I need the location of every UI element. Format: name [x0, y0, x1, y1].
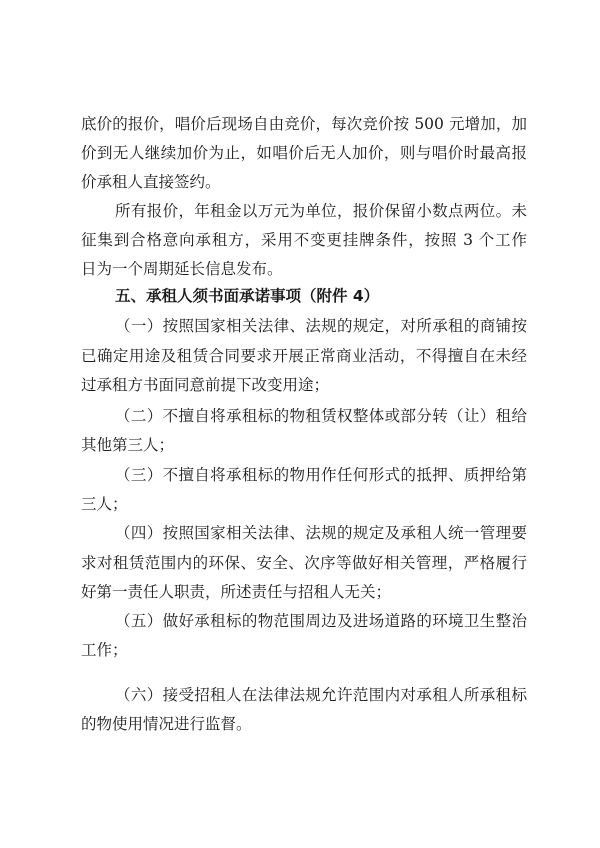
text-line: （五）做好承租标的物范围周边及进场道路的环境卫生整治	[115, 610, 527, 632]
document-page: 底价的报价，唱价后现场自由竞价，每次竞价按 500 元增加，加 价到无人继续加价…	[0, 0, 600, 848]
text-line: 过承租方书面同意前提下改变用途；	[81, 374, 527, 396]
text-line: 所有报价，年租金以万元为单位，报价保留小数点两位。未	[115, 200, 527, 222]
text-line: 已确定用途及租赁合同要求开展正常商业活动，不得擅自在未经	[81, 345, 527, 367]
text-line: 价承租人直接签约。	[81, 171, 527, 193]
text-line: 的物使用情况进行监督。	[81, 713, 527, 735]
text-line: （一）按照国家相关法律、法规的规定，对所承租的商铺按	[115, 315, 527, 337]
text-line: 征集到合格意向承租方，采用不变更挂牌条件，按照 3 个工作	[81, 229, 527, 251]
text-line: 好第一责任人职责，所述责任与招租人无关；	[81, 581, 527, 603]
text-line: （二）不擅自将承租标的物租赁权整体或部分转（让）租给	[115, 405, 527, 427]
text-line: 日为一个周期延长信息发布。	[81, 258, 527, 280]
text-line: 三人；	[81, 493, 527, 515]
text-line: 其他第三人；	[81, 434, 527, 456]
text-line: （四）按照国家相关法律、法规的规定及承租人统一管理要	[115, 522, 527, 544]
section-heading: 五、承租人须书面承诺事项（附件 4）	[115, 285, 527, 307]
text-line: 价到无人继续加价为止，如唱价后无人加价，则与唱价时最高报	[81, 142, 527, 164]
text-line: （三）不擅自将承租标的物用作任何形式的抵押、质押给第	[115, 464, 527, 486]
text-line: 工作；	[81, 639, 527, 661]
text-line: 求对租赁范围内的环保、安全、次序等做好相关管理，严格履行	[81, 552, 527, 574]
text-line: 底价的报价，唱价后现场自由竞价，每次竞价按 500 元增加，加	[81, 113, 527, 135]
text-line: （六）接受招租人在法律法规允许范围内对承租人所承租标	[115, 684, 527, 706]
